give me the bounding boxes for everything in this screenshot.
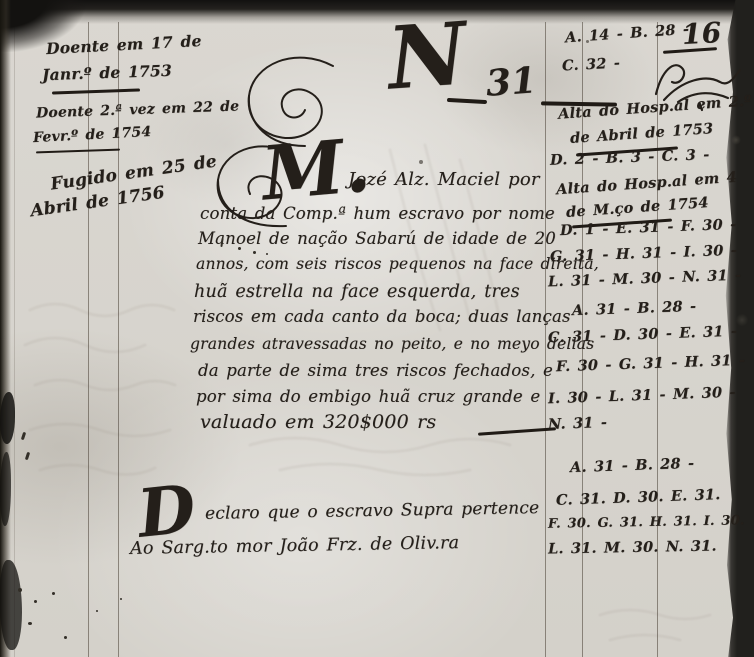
ink-speck (120, 598, 122, 600)
body-line-10-valuation: valuado em 320$000 rs (200, 412, 436, 434)
ink-speck (34, 600, 37, 603)
body-line-9: por sima do embigo huã cruz grande e (196, 388, 540, 407)
body-line-8: da parte de sima tres riscos fechados, e (198, 362, 553, 381)
right-tally-9: N. 31 - (548, 415, 608, 434)
body-line-4: annos, com seis riscos pequenos na face … (196, 256, 599, 274)
body-line-1: Jozé Alz. Maciel por (348, 170, 540, 191)
ledger-rule-edge (14, 22, 15, 657)
ink-speck (266, 253, 268, 255)
ink-speck (96, 610, 98, 612)
body-line-7: grandes atravessadas no peito, e no meyo… (190, 336, 594, 354)
ink-speck (28, 622, 32, 625)
ink-speck (18, 588, 22, 592)
folio-number: 16 (681, 17, 722, 51)
page-top-edge (0, 0, 754, 24)
ink-speck (419, 160, 423, 164)
header-entry-number: 31 (485, 60, 538, 105)
ink-speck (586, 40, 589, 43)
body-line-3: Manoel de nação Sabarú de idade de 20 (198, 230, 556, 249)
ink-speck (52, 592, 55, 595)
top-tally-line2: C. 32 - (562, 55, 621, 75)
page-left-binding (0, 0, 11, 657)
ink-speck (253, 251, 256, 254)
header-entry-letter: N (385, 5, 471, 109)
right-tally-13: L. 31. M. 30. N. 31. (548, 539, 717, 559)
body-line-5: huã estrella na face esquerda, tres (194, 282, 520, 302)
body-line-2: conta da Comp.ª hum escravo por nome (200, 205, 555, 224)
ink-speck (238, 247, 241, 250)
manuscript-page: Doente em 17 de Janr.º de 1753 Doente 2.… (0, 0, 754, 657)
ink-speck (64, 636, 67, 639)
body-line-6: riscos em cada canto da boca; duas lança… (193, 308, 571, 327)
